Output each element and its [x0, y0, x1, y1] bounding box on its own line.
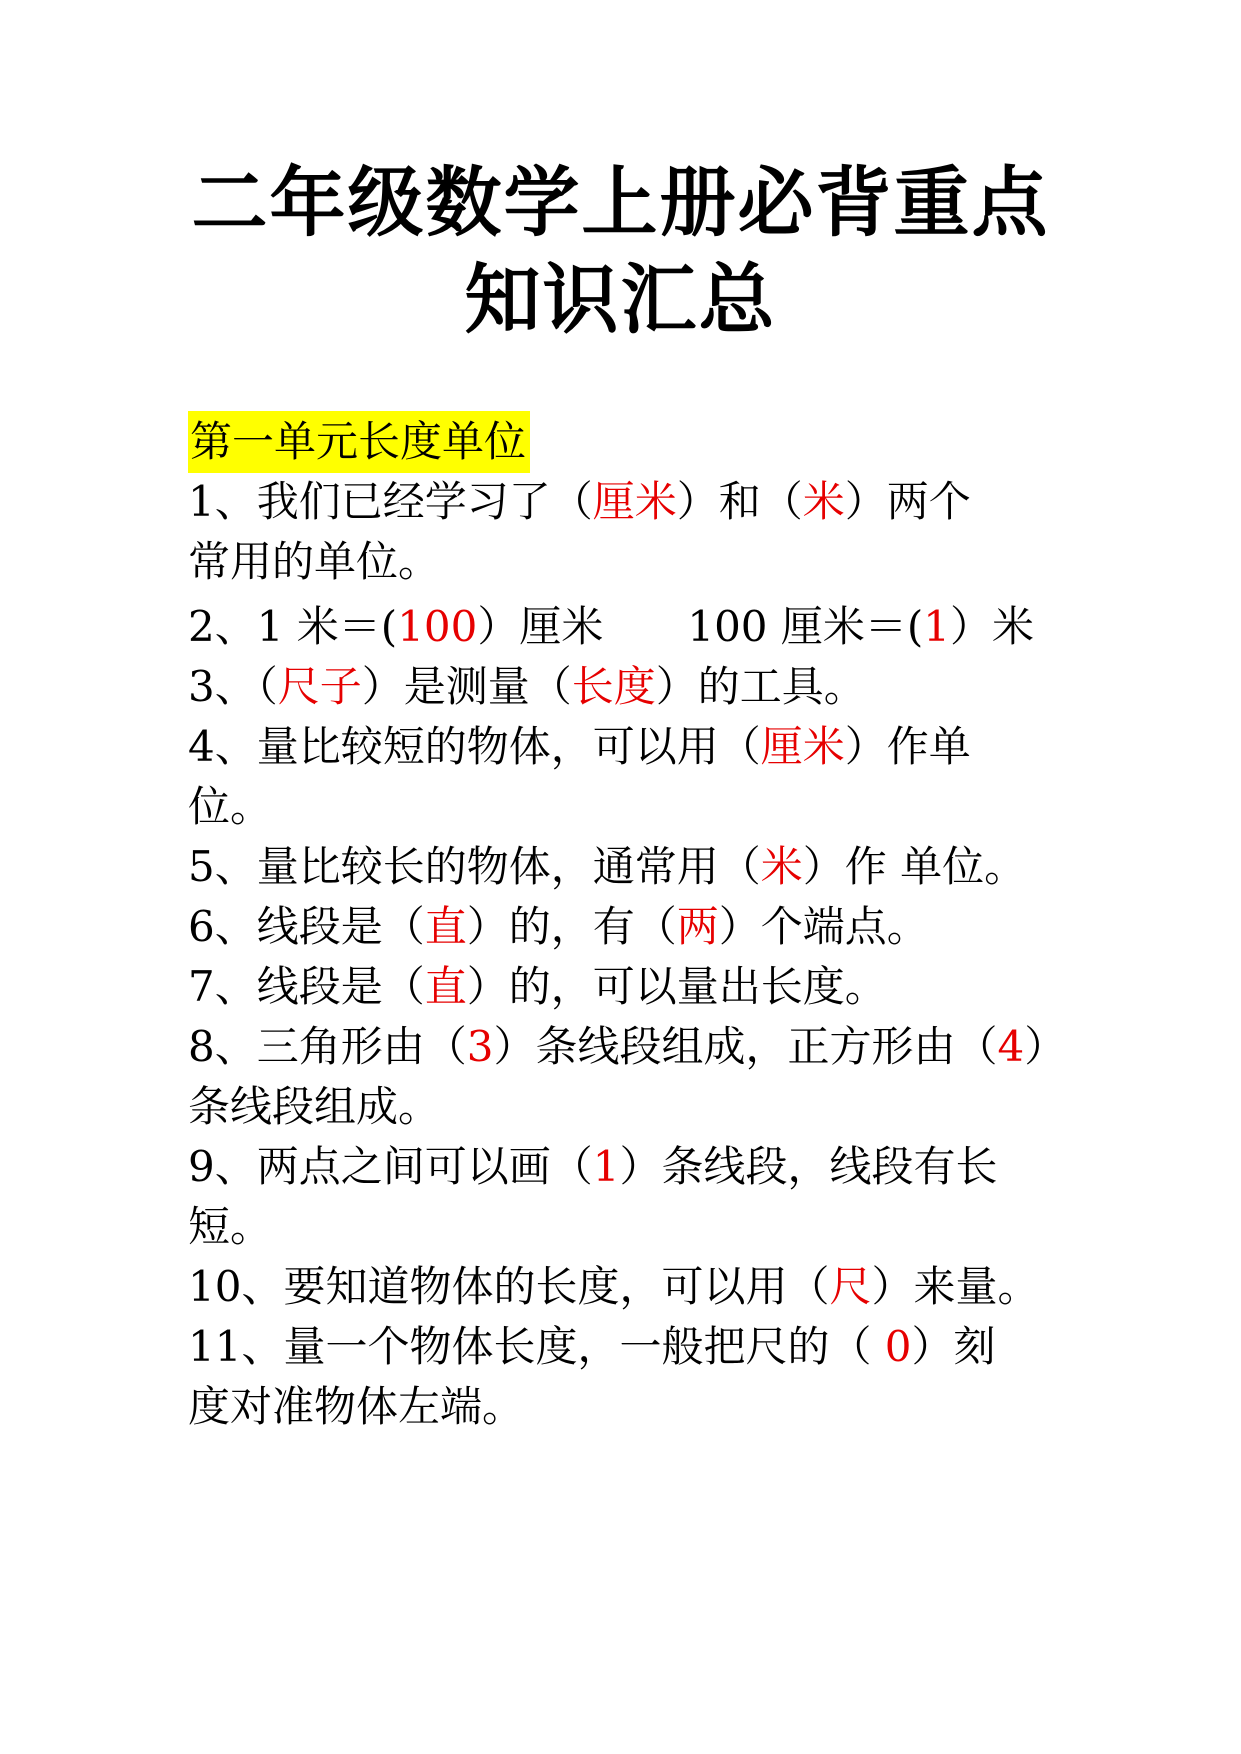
- answer-text: 米: [761, 842, 803, 891]
- document-page: 二年级数学上册必背重点 知识汇总 第一单元长度单位 1、我们已经学习了（厘米）和…: [0, 0, 1241, 1754]
- answer-text: 厘米: [761, 722, 845, 771]
- line-text: ）来量。: [871, 1262, 1039, 1311]
- answer-text: 直: [425, 902, 467, 951]
- line-text: ）刻: [912, 1322, 996, 1371]
- line-text: ）是测量（: [362, 662, 572, 711]
- list-item: 8、三角形由（3）条线段组成，正方形由（4）: [188, 1015, 1066, 1079]
- line-text: 2、1 米＝(: [188, 602, 397, 651]
- answer-text: 尺: [829, 1262, 871, 1311]
- line-text: 位。: [188, 782, 272, 831]
- answer-text: 长度: [572, 662, 656, 711]
- answer-text: 4: [997, 1022, 1024, 1071]
- answer-text: 1: [593, 1142, 620, 1191]
- answer-text: 1: [923, 602, 950, 651]
- answer-text: 100: [397, 602, 477, 651]
- list-item: 常用的单位。: [188, 530, 440, 594]
- line-text: ）的工具。: [656, 662, 866, 711]
- line-text: ）: [1024, 1022, 1066, 1071]
- line-text: 短。: [188, 1202, 272, 1251]
- line-text: 11、量一个物体长度，一般把尺的（: [188, 1322, 885, 1371]
- section-header: 第一单元长度单位: [188, 411, 530, 473]
- list-item: 11、量一个物体长度，一般把尺的（ 0）刻: [188, 1315, 996, 1379]
- list-item: 1、我们已经学习了（厘米）和（米）两个: [188, 470, 971, 534]
- line-text: 10、要知道物体的长度，可以用（: [188, 1262, 829, 1311]
- list-item: 度对准物体左端。: [188, 1375, 524, 1439]
- page-title-line2: 知识汇总: [0, 252, 1241, 348]
- line-text: ）个端点。: [719, 902, 929, 951]
- line-text: 常用的单位。: [188, 537, 440, 586]
- page-title-line1: 二年级数学上册必背重点: [0, 155, 1241, 251]
- line-text: 条线段组成。: [188, 1082, 440, 1131]
- list-item: 5、量比较长的物体，通常用（米）作 单位。: [188, 835, 1026, 899]
- list-item: 2、1 米＝(100）厘米 100 厘米＝(1）米: [188, 595, 1034, 659]
- line-text: ）作 单位。: [803, 842, 1026, 891]
- line-text: 9、两点之间可以画（: [188, 1142, 593, 1191]
- answer-text: 两: [677, 902, 719, 951]
- line-text: ）的，可以量出长度。: [467, 962, 887, 1011]
- list-item: 3、（尺子）是测量（长度）的工具。: [188, 655, 866, 719]
- line-text: ）厘米 100 厘米＝(: [477, 602, 923, 651]
- line-text: ）条线段，线段有长: [619, 1142, 997, 1191]
- answer-text: 尺子: [278, 662, 362, 711]
- line-text: 4、量比较短的物体，可以用（: [188, 722, 761, 771]
- line-text: ）的，有（: [467, 902, 677, 951]
- line-text: 1、我们已经学习了（: [188, 477, 593, 526]
- section-header-line: 第一单元长度单位: [188, 410, 530, 474]
- line-text: 度对准物体左端。: [188, 1382, 524, 1431]
- line-text: ）条线段组成，正方形由（: [493, 1022, 997, 1071]
- line-text: ）米: [950, 602, 1034, 651]
- list-item: 4、量比较短的物体，可以用（厘米）作单: [188, 715, 971, 779]
- answer-text: 0: [885, 1322, 912, 1371]
- line-text: 7、线段是（: [188, 962, 425, 1011]
- answer-text: 厘米: [593, 477, 677, 526]
- line-text: 3、（: [188, 662, 278, 711]
- line-text: 5、量比较长的物体，通常用（: [188, 842, 761, 891]
- line-text: ）和（: [677, 477, 803, 526]
- line-text: 6、线段是（: [188, 902, 425, 951]
- answer-text: 3: [467, 1022, 494, 1071]
- line-text: ）作单: [845, 722, 971, 771]
- list-item: 9、两点之间可以画（1）条线段，线段有长: [188, 1135, 997, 1199]
- line-text: 8、三角形由（: [188, 1022, 467, 1071]
- list-item: 位。: [188, 775, 272, 839]
- list-item: 短。: [188, 1195, 272, 1259]
- list-item: 6、线段是（直）的，有（两）个端点。: [188, 895, 929, 959]
- list-item: 10、要知道物体的长度，可以用（尺）来量。: [188, 1255, 1039, 1319]
- answer-text: 米: [803, 477, 845, 526]
- list-item: 条线段组成。: [188, 1075, 440, 1139]
- answer-text: 直: [425, 962, 467, 1011]
- list-item: 7、线段是（直）的，可以量出长度。: [188, 955, 887, 1019]
- line-text: ）两个: [845, 477, 971, 526]
